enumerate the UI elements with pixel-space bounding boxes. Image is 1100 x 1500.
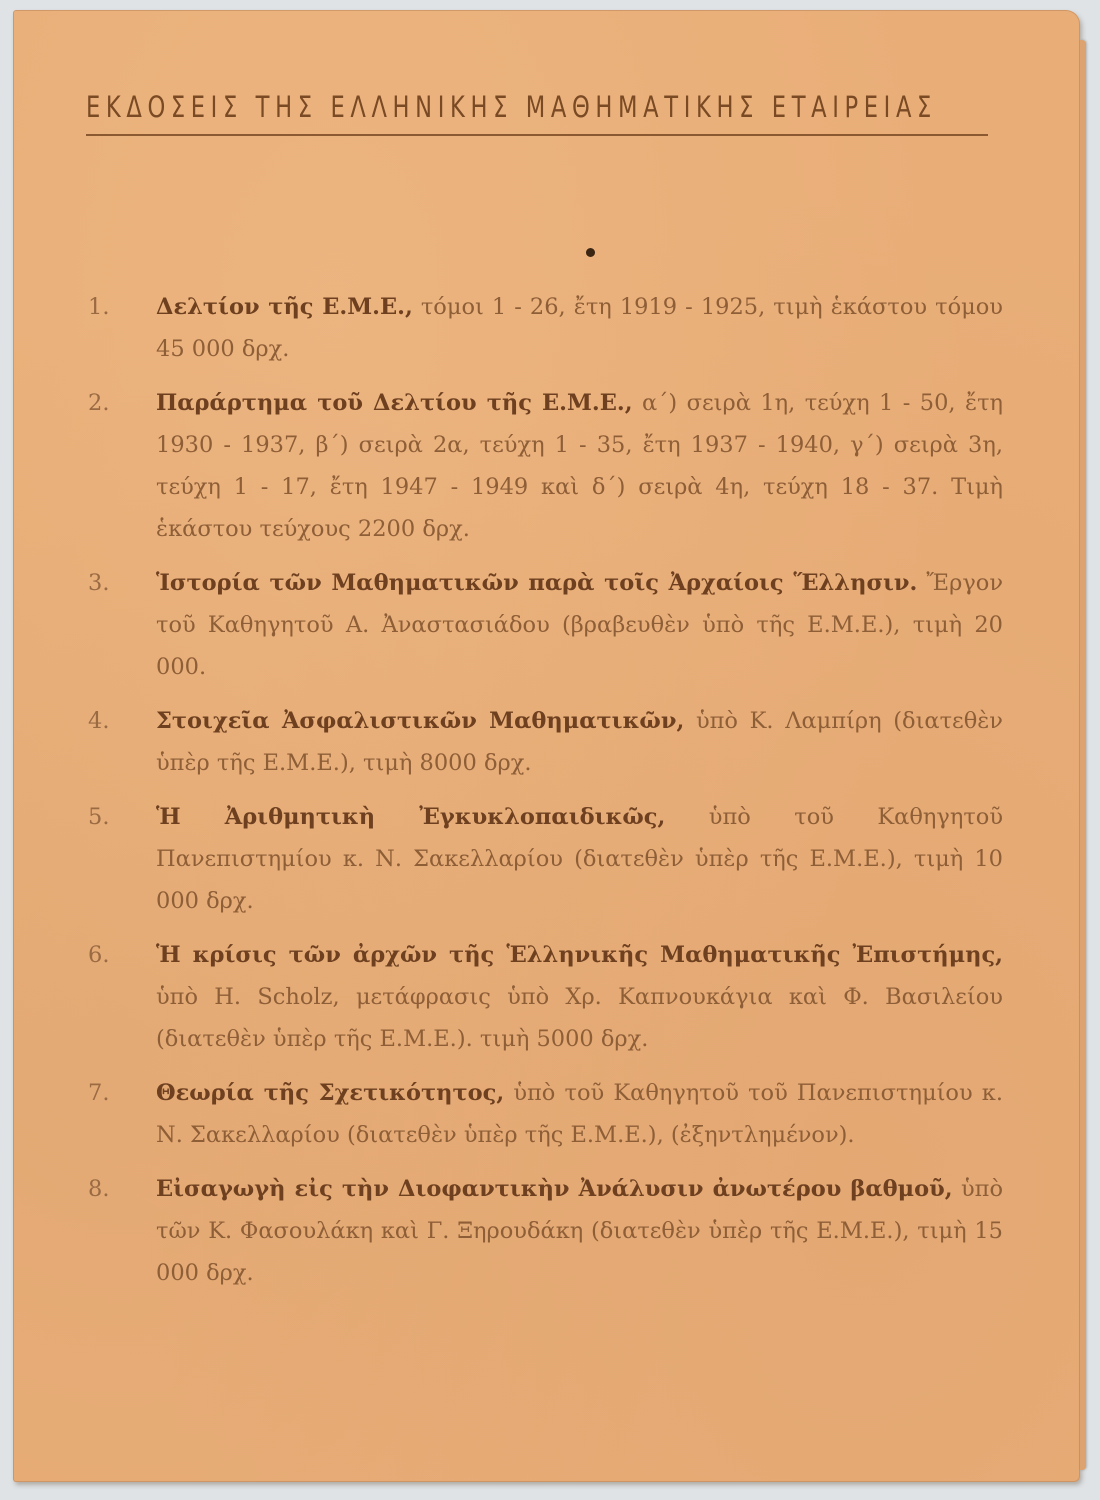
publication-entry: 5. Ἡ Ἀριθμητικὴ Ἐγκυκλοπαιδικῶς, ὑπὸ τοῦ… bbox=[88, 796, 1003, 922]
entry-text: Εἰσαγωγὴ εἰς τὴν Διοφαντικὴν Ἀνάλυσιν ἀν… bbox=[156, 1168, 1003, 1294]
entry-number: 1. bbox=[88, 286, 156, 370]
publication-entry: 6. Ἡ κρίσις τῶν ἀρχῶν τῆς Ἑλληνικῆς Μαθη… bbox=[88, 934, 1003, 1060]
entry-number: 6. bbox=[88, 934, 156, 1060]
entry-title: Παράρτημα τοῦ Δελτίου τῆς Ε.Μ.Ε., bbox=[156, 390, 633, 416]
entry-title: Ἡ Ἀριθμητικὴ Ἐγκυκλοπαιδικῶς, bbox=[156, 804, 665, 830]
printed-page: ΕΚΔΟΣΕΙΣ ΤΗΣ ΕΛΛΗΝΙΚΗΣ ΜΑΘΗΜΑΤΙΚΗΣ ΕΤΑΙΡ… bbox=[13, 10, 1080, 1482]
publication-entry: 7. Θεωρία τῆς Σχετικότητος, ὑπὸ τοῦ Καθη… bbox=[88, 1072, 1003, 1156]
publication-entry: 2. Παράρτημα τοῦ Δελτίου τῆς Ε.Μ.Ε., α΄)… bbox=[88, 382, 1003, 550]
entry-body: ὑπὸ H. Scholz, μετάφρασις ὑπὸ Χρ. Καπνου… bbox=[156, 984, 1003, 1052]
entry-number: 3. bbox=[88, 562, 156, 688]
publication-entry: 1. Δελτίον τῆς Ε.Μ.Ε., τόμοι 1 - 26, ἔτη… bbox=[88, 286, 1003, 370]
entry-title: Στοιχεῖα Ἀσφαλιστικῶν Μαθηματικῶν, bbox=[156, 708, 684, 734]
separator-dot bbox=[586, 248, 595, 257]
publication-entry: 4. Στοιχεῖα Ἀσφαλιστικῶν Μαθηματικῶν, ὑπ… bbox=[88, 700, 1003, 784]
entry-text: Ἡ Ἀριθμητικὴ Ἐγκυκλοπαιδικῶς, ὑπὸ τοῦ Κα… bbox=[156, 796, 1003, 922]
page-edge bbox=[1080, 40, 1086, 1470]
entry-title: Εἰσαγωγὴ εἰς τὴν Διοφαντικὴν Ἀνάλυσιν ἀν… bbox=[156, 1176, 953, 1202]
page-heading: ΕΚΔΟΣΕΙΣ ΤΗΣ ΕΛΛΗΝΙΚΗΣ ΜΑΘΗΜΑΤΙΚΗΣ ΕΤΑΙΡ… bbox=[86, 90, 804, 124]
entry-number: 2. bbox=[88, 382, 156, 550]
entry-text: Παράρτημα τοῦ Δελτίου τῆς Ε.Μ.Ε., α΄) σε… bbox=[156, 382, 1003, 550]
publication-entry: 3. Ἱστορία τῶν Μαθηματικῶν παρὰ τοῖς Ἀρχ… bbox=[88, 562, 1003, 688]
entry-text: Στοιχεῖα Ἀσφαλιστικῶν Μαθηματικῶν, ὑπὸ Κ… bbox=[156, 700, 1003, 784]
entry-text: Θεωρία τῆς Σχετικότητος, ὑπὸ τοῦ Καθηγητ… bbox=[156, 1072, 1003, 1156]
entry-title: Ἱστορία τῶν Μαθηματικῶν παρὰ τοῖς Ἀρχαίο… bbox=[156, 570, 917, 596]
publications-list: 1. Δελτίον τῆς Ε.Μ.Ε., τόμοι 1 - 26, ἔτη… bbox=[88, 286, 1003, 1306]
entry-text: Ἱστορία τῶν Μαθηματικῶν παρὰ τοῖς Ἀρχαίο… bbox=[156, 562, 1003, 688]
entry-number: 8. bbox=[88, 1168, 156, 1294]
entry-title: Ἡ κρίσις τῶν ἀρχῶν τῆς Ἑλληνικῆς Μαθηματ… bbox=[156, 942, 1003, 968]
heading-underline bbox=[86, 134, 988, 136]
entry-title: Θεωρία τῆς Σχετικότητος, bbox=[156, 1080, 504, 1106]
entry-title: Δελτίον τῆς Ε.Μ.Ε., bbox=[156, 294, 413, 320]
entry-number: 5. bbox=[88, 796, 156, 922]
publication-entry: 8. Εἰσαγωγὴ εἰς τὴν Διοφαντικὴν Ἀνάλυσιν… bbox=[88, 1168, 1003, 1294]
entry-text: Δελτίον τῆς Ε.Μ.Ε., τόμοι 1 - 26, ἔτη 19… bbox=[156, 286, 1003, 370]
entry-text: Ἡ κρίσις τῶν ἀρχῶν τῆς Ἑλληνικῆς Μαθηματ… bbox=[156, 934, 1003, 1060]
entry-number: 7. bbox=[88, 1072, 156, 1156]
entry-number: 4. bbox=[88, 700, 156, 784]
